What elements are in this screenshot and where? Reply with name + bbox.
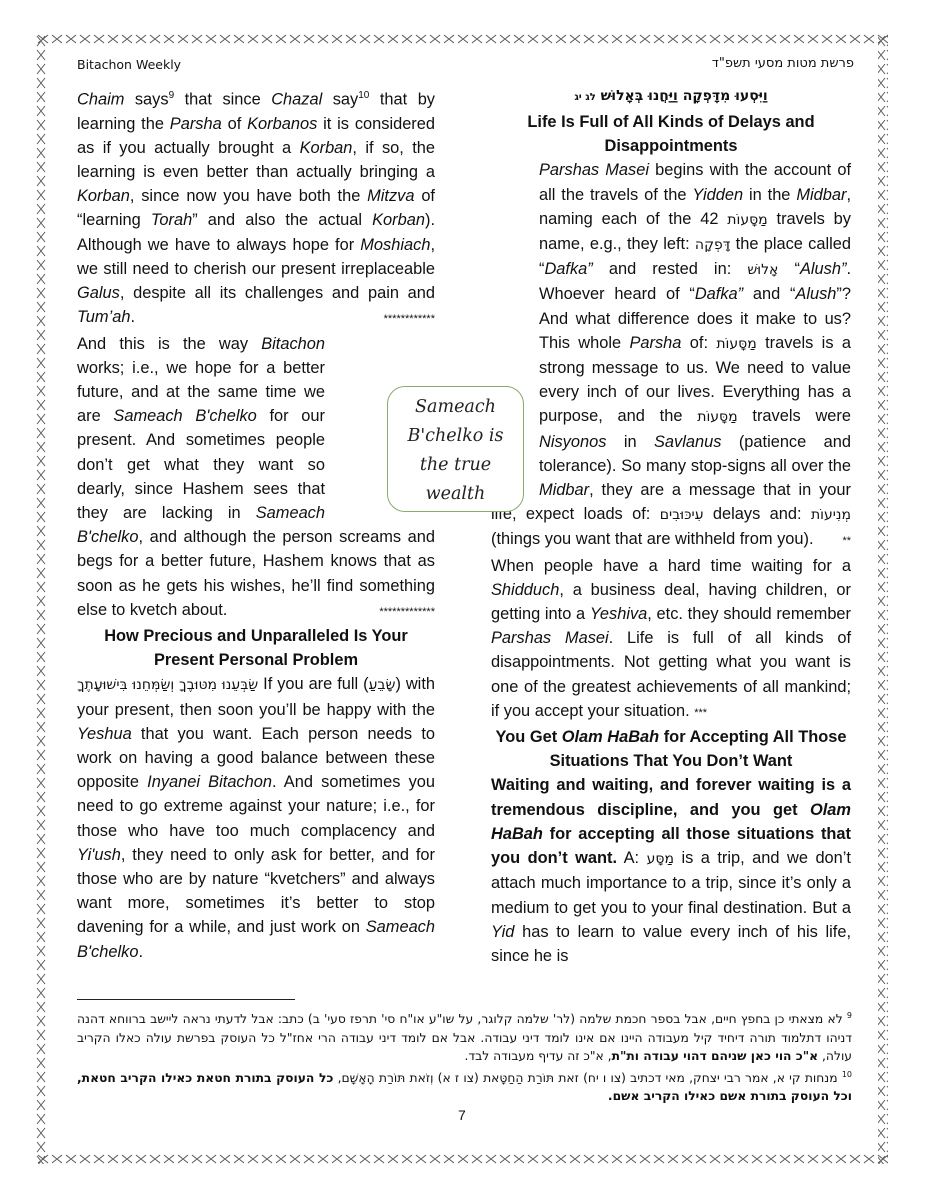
section-heading-olam-habah: You Get Olam HaBah for Accepting All Tho… xyxy=(491,725,851,773)
pasuk-title: וַיִּסְעוּ מִדָּפְקָה וַיַּחֲנוּ בְּאָלו… xyxy=(491,84,851,110)
document-page: Bitachon Weekly פרשת מטות מסעי תשפ"ד Cha… xyxy=(0,0,927,1200)
footnote-separator xyxy=(77,999,295,1000)
footnotes: 9 לא מצאתי כן בחפץ חיים, אבל בספר חכמת ש… xyxy=(77,1007,852,1106)
section-heading-delays: Life Is Full of All Kinds of Delays and … xyxy=(491,110,851,158)
pull-quote-callout: Sameach B'chelko is the true wealth xyxy=(387,386,524,512)
footnote-10: 10 מנחות קי א, אמר רבי יצחק, מאי דכתיב (… xyxy=(77,1066,852,1106)
section-separator-stars: ************* xyxy=(379,600,435,624)
footnote-9: 9 לא מצאתי כן בחפץ חיים, אבל בספר חכמת ש… xyxy=(77,1007,852,1066)
publication-name: Bitachon Weekly xyxy=(77,57,181,72)
paragraph-korbanos: Chaim says9 that since Chazal say10 that… xyxy=(77,84,435,330)
section-separator-stars: ** xyxy=(842,529,851,553)
section-separator-stars: ************ xyxy=(384,307,435,331)
page-number: 7 xyxy=(458,1107,466,1123)
paragraph-sabeinu: שַׂבְּעֵנוּ מִטּוּבֶךָ וְשַׂמְּחֵנוּ בִּ… xyxy=(77,672,435,963)
section-separator-stars: *** xyxy=(694,707,707,719)
paragraph-waiting: When people have a hard time waiting for… xyxy=(491,554,851,725)
left-column: Chaim says9 that since Chazal say10 that… xyxy=(77,84,435,964)
paragraph-masa-trip: Waiting and waiting, and forever waiting… xyxy=(491,773,851,968)
parsha-name-hebrew: פרשת מטות מסעי תשפ"ד xyxy=(712,56,854,71)
pasuk-reference: לג יג xyxy=(574,92,595,103)
paragraph-parshas-masei: Parshas Masei begins with the account of… xyxy=(491,158,851,551)
paragraph-bitachon: And this is the way Bitachon works; i.e.… xyxy=(77,332,435,622)
footnote-ref-10[interactable]: 10 xyxy=(358,90,369,101)
right-column: וַיִּסְעוּ מִדָּפְקָה וַיַּחֲנוּ בְּאָלו… xyxy=(491,84,851,968)
section-heading-present-problem: How Precious and Unparalleled Is Your Pr… xyxy=(77,624,435,672)
